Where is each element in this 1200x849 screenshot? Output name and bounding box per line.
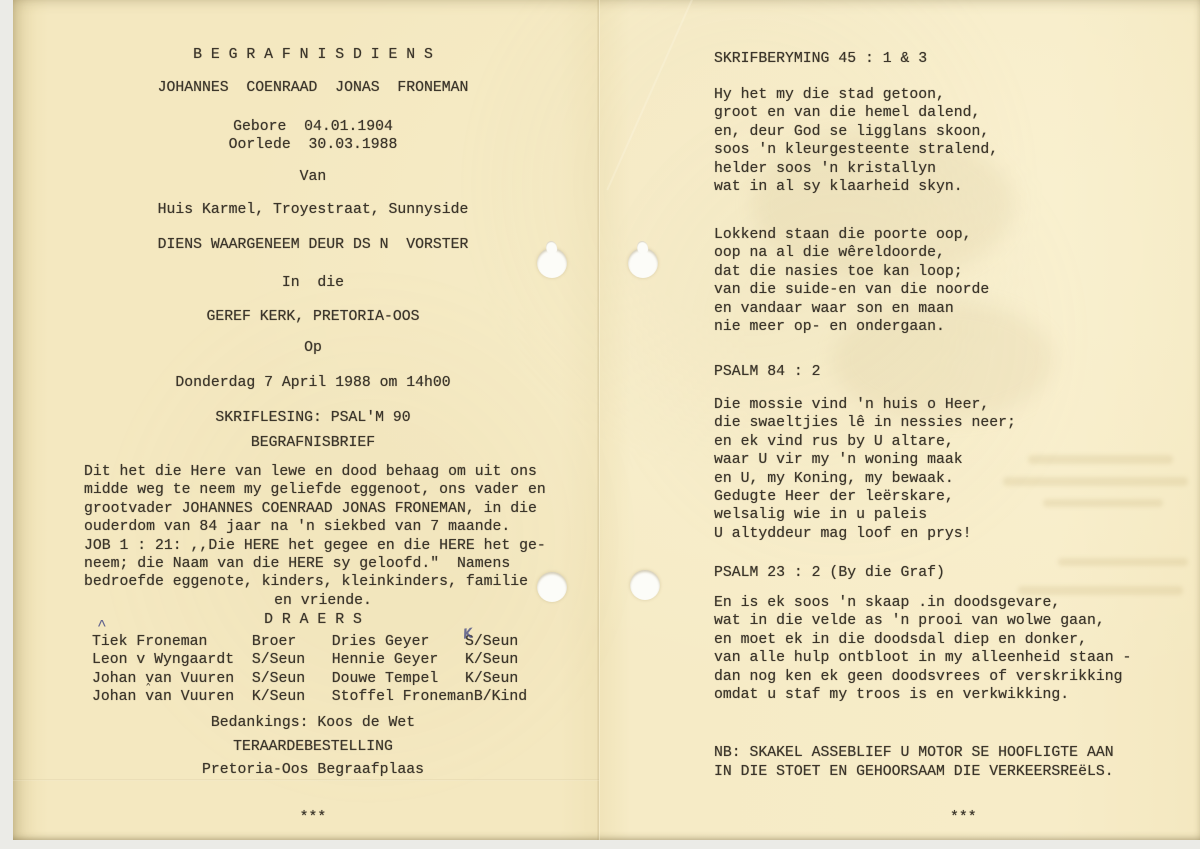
text-line: Die mossie vind 'n huis o Heer, xyxy=(714,396,1196,414)
hymn-verse-1: Hy het my die stad getoon,groot en van d… xyxy=(714,86,1196,196)
in-the-label: In die xyxy=(30,274,596,292)
text-line: helder soos 'n kristallyn xyxy=(714,160,1196,178)
text-line: die swaeltjies lê in nessies neer; xyxy=(714,414,1196,432)
right-page: SKRIFBERYMING 45 : 1 & 3 Hy het my die s… xyxy=(714,0,1196,840)
psalm84-heading: PSALM 84 : 2 xyxy=(714,363,1196,381)
died-date: Oorlede 30.03.1988 xyxy=(30,136,596,154)
pen-hat-mark: ˆ xyxy=(145,684,152,697)
text-line: en ek vind rus by U altare, xyxy=(714,433,1196,451)
diagonal-crease xyxy=(606,0,701,190)
from-label: Van xyxy=(30,168,596,186)
text-line: U altyddeur mag loof en prys! xyxy=(714,525,1196,543)
text-line: En is ek soos 'n skaap .in doodsgevare, xyxy=(714,594,1196,612)
text-line: bedroefde eggenote, kinders, kleinkinder… xyxy=(84,573,562,591)
text-line: ouderdom van 84 jaar na 'n siekbed van 7… xyxy=(84,518,562,536)
text-line: waar U vir my 'n woning maak xyxy=(714,451,1196,469)
bearer-row: Leon v Wyngaardt S/Seun Hennie Geyer K/S… xyxy=(92,651,592,669)
obituary-heading: BEGRAFNISBRIEF xyxy=(30,434,596,452)
text-line: groot en van die hemel dalend, xyxy=(714,104,1196,122)
officiant-line: DIENS WAARGENEEM DEUR DS N VORSTER xyxy=(30,236,596,254)
punch-hole xyxy=(630,570,660,600)
service-datetime: Donderdag 7 April 1988 om 14h00 xyxy=(30,374,596,392)
born-date: Gebore 04.01.1904 xyxy=(30,118,596,136)
punch-hole xyxy=(628,248,658,278)
church-line: GEREF KERK, PRETORIA-OOS xyxy=(30,308,596,326)
text-line: neem; die Naam van die HERE sy geloofd."… xyxy=(84,555,562,573)
text-line: en U, my Koning, my bewaak. xyxy=(714,470,1196,488)
psalm23-heading: PSALM 23 : 2 (By die Graf) xyxy=(714,564,1196,582)
text-line: en vriende. xyxy=(84,592,562,610)
deceased-name: JOHANNES COENRAAD JONAS FRONEMAN xyxy=(30,79,596,97)
footer-mark: *** xyxy=(30,809,596,827)
bearer-row: Johan van Vuuren K/Seun Stoffel Froneman… xyxy=(92,688,592,706)
bearers-heading: D R A E R S xyxy=(30,611,596,629)
text-line: soos 'n kleurgesteente stralend, xyxy=(714,141,1196,159)
page-title: B E G R A F N I S D I E N S xyxy=(30,46,596,64)
text-line: Lokkend staan die poorte oop, xyxy=(714,226,1196,244)
pen-correction-mark: K xyxy=(462,627,473,642)
text-line: Gedugte Heer der leërskare, xyxy=(714,488,1196,506)
scanned-funeral-program: { "document_type": "Begrafnisdiens (fune… xyxy=(0,0,1200,849)
text-line: nie meer op- en ondergaan. xyxy=(714,318,1196,336)
text-line: welsalig wie in u paleis xyxy=(714,506,1196,524)
text-line: wat in die velde as 'n prooi van wolwe g… xyxy=(714,612,1196,630)
text-line: dan nog ken ek geen doodsvrees of verskr… xyxy=(714,668,1196,686)
text-line: en vandaar waar son en maan xyxy=(714,300,1196,318)
text-line: oop na al die wêreldoorde, xyxy=(714,244,1196,262)
cemetery-line: Pretoria-Oos Begraafplaas xyxy=(30,761,596,779)
footer-mark: *** xyxy=(950,809,977,827)
text-line: IN DIE STOET EN GEHOORSAAM DIE VERKEERSR… xyxy=(714,763,1196,782)
text-line: grootvader JOHANNES COENRAAD JONAS FRONE… xyxy=(84,500,562,518)
pen-caret-mark: ʌ xyxy=(98,618,106,630)
thanks-line: Bedankings: Koos de Wet xyxy=(30,714,596,732)
left-page: B E G R A F N I S D I E N S JOHANNES COE… xyxy=(14,0,598,840)
headlights-notice: NB: SKAKEL ASSEBLIEF U MOTOR SE HOOFLIGT… xyxy=(714,744,1196,782)
text-line: JOB 1 : 21: ,,Die HERE het gegee en die … xyxy=(84,537,562,555)
text-line: Hy het my die stad getoon, xyxy=(714,86,1196,104)
hymn-verse-2: Lokkend staan die poorte oop,oop na al d… xyxy=(714,226,1196,336)
text-line: van alle hulp ontbloot in my alleenheid … xyxy=(714,649,1196,667)
hymn-heading: SKRIFBERYMING 45 : 1 & 3 xyxy=(714,50,1196,68)
residence-line: Huis Karmel, Troyestraat, Sunnyside xyxy=(30,201,596,219)
text-line: NB: SKAKEL ASSEBLIEF U MOTOR SE HOOFLIGT… xyxy=(714,744,1196,763)
on-label: Op xyxy=(30,339,596,357)
scripture-reading: SKRIFLESING: PSAL'M 90 xyxy=(30,409,596,427)
text-line: Dit het die Here van lewe en dood behaag… xyxy=(84,463,562,481)
text-line: dat die nasies toe kan loop; xyxy=(714,263,1196,281)
dates-block: Gebore 04.01.1904Oorlede 30.03.1988 xyxy=(30,118,596,155)
text-line: en, deur God se ligglans skoon, xyxy=(714,123,1196,141)
bearers-table: Tiek Froneman Broer Dries Geyer S/SeunLe… xyxy=(92,633,592,707)
text-line: van die suide-en van die noorde xyxy=(714,281,1196,299)
text-line: en moet ek in die doodsdal diep en donke… xyxy=(714,631,1196,649)
text-line: wat in al sy klaarheid skyn. xyxy=(714,178,1196,196)
bearer-row: Johan van Vuuren S/Seun Douwe Tempel K/S… xyxy=(92,670,592,688)
bearer-row: Tiek Froneman Broer Dries Geyer S/Seun xyxy=(92,633,592,651)
psalm84-verse: Die mossie vind 'n huis o Heer,die swael… xyxy=(714,396,1196,543)
text-line: midde weg te neem my geliefde eggenoot, … xyxy=(84,481,562,499)
psalm23-verse: En is ek soos 'n skaap .in doodsgevare,w… xyxy=(714,594,1196,704)
interment-heading: TERAARDEBESTELLING xyxy=(30,738,596,756)
obituary-paragraph: Dit het die Here van lewe en dood behaag… xyxy=(84,463,562,610)
text-line: omdat u staf my troos is en verkwikking. xyxy=(714,686,1196,704)
